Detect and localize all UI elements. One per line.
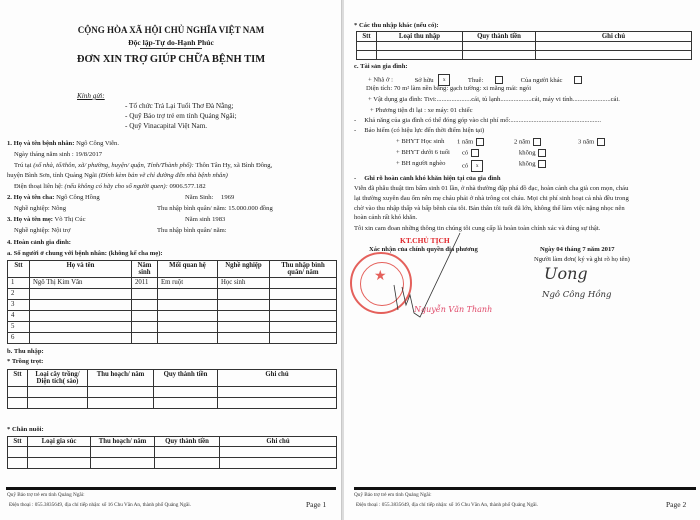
table-cell <box>8 447 28 458</box>
checkbox[interactable] <box>476 138 484 146</box>
table-cell <box>220 458 337 469</box>
table-cell: 2011 <box>132 278 158 289</box>
table-cell <box>218 387 337 398</box>
father-job: Nông <box>51 205 66 212</box>
mother-name-row: 3. Họ và tên mẹ: Võ Thị Cúc <box>7 216 86 223</box>
column-header: Quy thành tiền <box>155 437 220 447</box>
patient-name: Ngô Công Viễn. <box>76 140 119 147</box>
sign-date: Ngày 04 tháng 7 năm 2017 <box>540 246 615 253</box>
assets-label: c. Tài sản gia đình: <box>354 63 408 70</box>
table-cell <box>8 398 28 409</box>
house-area-row: Diện tích: 70 m² làm nền bằng: gạch tườn… <box>366 85 531 92</box>
livestock-table: SttLoại gia súcThu hoạch/ nămQuy thành t… <box>7 436 337 469</box>
table-cell <box>91 447 155 458</box>
situation-line-1: Viễn đã phẫu thuật tim bẩm sinh 01 lần, … <box>354 185 628 192</box>
insurance-type-label: + BH người nghèo <box>396 160 445 167</box>
checkbox[interactable] <box>597 138 605 146</box>
footer-org: Quỹ Bảo trợ trẻ em tỉnh Quảng Ngãi: <box>354 492 432 498</box>
father-income: 15.000.000 đồng <box>228 205 273 212</box>
column-header: Stt <box>8 261 30 278</box>
column-header: Ghi chú <box>536 32 692 42</box>
table-cell <box>357 51 377 60</box>
mother-job: Nội trợ <box>51 227 70 234</box>
table-cell <box>270 333 337 344</box>
footer-contact: Điện thoại : 055.3835649, địa chỉ tiếp n… <box>9 502 191 508</box>
table-cell <box>218 300 270 311</box>
mother-job-row: Nghề nghiệp: Nội trợ <box>14 227 70 234</box>
table-row: 4 <box>8 311 337 322</box>
table-row: 1Ngô Thị Kim Vân2011Em ruộtHọc sinh <box>8 278 337 289</box>
situation-line-4: hoàn cảnh rất khó khăn. <box>354 214 417 221</box>
column-header: Stt <box>8 437 28 447</box>
table-row <box>8 447 337 458</box>
table-cell <box>132 311 158 322</box>
form-title: ĐƠN XIN TRỢ GIÚP CHỮA BỆNH TIM <box>0 54 342 65</box>
column-header: Ghi chú <box>218 370 337 387</box>
table-row: 5 <box>8 322 337 333</box>
table-cell <box>158 322 218 333</box>
column-header: Năm sinh <box>132 261 158 278</box>
recipient-2: - Quỹ Bảo trợ trẻ em tỉnh Quảng Ngãi; <box>125 112 237 120</box>
document-page-1: CỘNG HÒA XÃ HỘI CHỦ NGHĨA VIỆT NAM Độc l… <box>0 0 342 520</box>
mother-income-row: Thu nhập bình quân/ năm: <box>157 227 227 234</box>
page-number: Page 2 <box>666 500 686 509</box>
insurance-option[interactable]: không <box>519 149 546 157</box>
situation-label-row: -Ghi rõ hoàn cảnh khó khăn hiện tại của … <box>354 175 501 182</box>
others-house-checkbox[interactable] <box>574 76 582 84</box>
income-sub-b-label: b. Thu nhập: <box>7 348 44 355</box>
table-cell: 6 <box>8 333 30 344</box>
other-income-table: SttLoại thu nhậpQuy thành tiềnGhi chú <box>356 31 692 60</box>
checkbox[interactable] <box>538 160 546 168</box>
insurance-option[interactable]: không <box>519 160 546 168</box>
table-cell <box>158 333 218 344</box>
column-header: Quy thành tiền <box>463 32 536 42</box>
table-row: 2 <box>8 289 337 300</box>
table-cell: 5 <box>8 322 30 333</box>
table-cell <box>28 447 91 458</box>
table-cell <box>8 458 28 469</box>
motto: Độc lập-Tự do-Hạnh Phúc <box>0 38 342 47</box>
father-income-row: Thu nhập bình quân/ năm: 15.000.000 đồng <box>157 205 273 212</box>
insurance-option[interactable]: cóx <box>462 160 483 172</box>
patient-address-row: Trú tại (số nhà, tổ/thôn, xã/ phường, hu… <box>14 162 272 169</box>
applicant-name: Ngô Công Hồng <box>542 290 611 300</box>
patient-address: Thôn Tân Hy, xã Bình Đông, <box>195 162 272 169</box>
table-cell <box>158 300 218 311</box>
table-cell <box>270 322 337 333</box>
column-header: Loại gia súc <box>28 437 91 447</box>
table-cell <box>155 458 220 469</box>
checkbox[interactable] <box>538 149 546 157</box>
patient-address-row-2: huyện Bình Sơn, tỉnh Quảng Ngãi (Đính kè… <box>7 172 228 179</box>
table-cell <box>270 289 337 300</box>
table-cell <box>8 387 28 398</box>
table-cell <box>270 278 337 289</box>
footer-rule <box>6 487 336 490</box>
table-row <box>357 42 692 51</box>
insurance-option[interactable]: 1 năm <box>457 138 484 146</box>
table-row <box>8 398 337 409</box>
table-row: 6 <box>8 333 337 344</box>
table-cell <box>28 398 88 409</box>
column-header: Nghề nghiệp <box>218 261 270 278</box>
column-header: Stt <box>8 370 28 387</box>
table-cell <box>158 289 218 300</box>
patient-name-row: 1. Họ và tên bệnh nhân: Ngô Công Viễn. <box>7 140 119 147</box>
mother-birth-year: 1983 <box>212 216 225 223</box>
applicant-signature: Uong <box>544 264 588 283</box>
insurance-type-label: + BHYT Học sinh <box>396 138 444 145</box>
table-cell <box>536 51 692 60</box>
table-cell <box>158 311 218 322</box>
footer-rule <box>354 487 696 490</box>
table-cell: 2 <box>8 289 30 300</box>
table-cell <box>88 398 154 409</box>
mother-name: Võ Thị Cúc <box>55 216 86 223</box>
table-cell: Học sinh <box>218 278 270 289</box>
father-name-row: 2. Họ và tên cha: Ngô Công Hồng <box>7 194 100 201</box>
column-header: Thu hoạch/ năm <box>91 437 155 447</box>
table-cell <box>30 289 132 300</box>
table-cell <box>132 300 158 311</box>
table-row <box>357 51 692 60</box>
family-sub-a-label: a. Số người ở chung với bệnh nhân: (khôn… <box>7 250 163 257</box>
table-cell <box>28 458 91 469</box>
table-cell <box>28 387 88 398</box>
table-cell <box>463 42 536 51</box>
table-cell <box>88 387 154 398</box>
patient-dob-row: Ngày tháng năm sinh : 19/8/2017 <box>14 151 102 158</box>
patient-phone-row: Điện thoại liên hệ: (nếu không có hãy ch… <box>14 183 206 190</box>
table-cell: Em ruột <box>158 278 218 289</box>
local-signature-scribble <box>384 225 474 320</box>
column-header: Thu hoạch/ năm <box>88 370 154 387</box>
table-cell <box>218 333 270 344</box>
table-cell <box>30 311 132 322</box>
father-birth-year: 1969 <box>221 194 234 201</box>
father-job-row: Nghề nghiệp: Nông <box>14 205 66 212</box>
insurance-option[interactable]: có <box>462 149 479 157</box>
table-cell: 4 <box>8 311 30 322</box>
table-cell <box>155 447 220 458</box>
table-cell <box>30 333 132 344</box>
table-cell <box>218 322 270 333</box>
footer-contact: Điện thoại : 055.3835649, địa chỉ tiếp n… <box>356 502 538 508</box>
table-cell <box>270 311 337 322</box>
crops-label: * Trồng trọt: <box>7 358 43 365</box>
column-header: Loại thu nhập <box>377 32 463 42</box>
table-cell <box>132 322 158 333</box>
transport-row: + Phương tiện đi lại : xe máy: 01 chiếc <box>370 107 473 114</box>
patient-dob: 19/8/2017 <box>75 151 102 158</box>
insurance-type-label: + BHYT dưới 6 tuổi <box>396 149 450 156</box>
recipients-label: Kính gửi: <box>77 92 105 100</box>
column-header: Quy thành tiền <box>154 370 218 387</box>
column-header: Thu nhập bình quân/ năm <box>270 261 337 278</box>
recipient-1: - Tổ chức Trả Lại Tuổi Thơ Đà Nẵng; <box>125 102 233 110</box>
column-header: Họ và tên <box>30 261 132 278</box>
table-cell <box>154 398 218 409</box>
table-row <box>8 458 337 469</box>
table-cell <box>377 51 463 60</box>
recipient-3: - Quỹ Vinacapital Việt Nam. <box>125 122 207 130</box>
checkbox[interactable] <box>471 149 479 157</box>
father-name: Ngô Công Hồng <box>56 194 100 201</box>
other-income-label: * Các thu nhập khác (nếu có): <box>354 22 439 29</box>
crops-table: SttLoại cây trồng/ Diện tích( sào)Thu ho… <box>7 369 337 409</box>
column-header: Ghi chú <box>220 437 337 447</box>
applicant-label: Người làm đơn( ký và ghi rõ họ tên) <box>534 256 630 263</box>
column-header: Stt <box>357 32 377 42</box>
patient-phone: 0906.577.182 <box>169 183 205 190</box>
table-cell: Ngô Thị Kim Vân <box>30 278 132 289</box>
insurance-option[interactable]: 2 năm <box>514 138 541 146</box>
insurance-label-row: -Bảo hiểm (có hiệu lực đến thời điểm hiệ… <box>354 127 484 134</box>
column-header: Mối quan hệ <box>158 261 218 278</box>
father-birth-row: Năm Sinh: 1969 <box>185 194 234 201</box>
table-cell <box>91 458 155 469</box>
table-row: 3 <box>8 300 337 311</box>
column-header: Loại cây trồng/ Diện tích( sào) <box>28 370 88 387</box>
rent-checkbox[interactable] <box>495 76 503 84</box>
page-number: Page 1 <box>306 500 326 509</box>
table-cell <box>30 322 132 333</box>
table-cell <box>377 42 463 51</box>
family-section-label: 4. Hoàn cảnh gia đình: <box>7 239 71 246</box>
checkbox[interactable]: x <box>471 160 483 172</box>
checkbox[interactable] <box>533 138 541 146</box>
household-members-table: SttHọ và tênNăm sinhMối quan hệNghề nghi… <box>7 260 337 344</box>
mother-birth-row: Năm sinh 1983 <box>185 216 225 223</box>
household-items-row: + Vật dụng gia đình: Tivi:..............… <box>368 96 620 103</box>
table-cell <box>463 51 536 60</box>
insurance-option[interactable]: 3 năm <box>578 138 605 146</box>
table-cell: 3 <box>8 300 30 311</box>
situation-line-3: chờ vào thu nhập thấp và bấp bênh của tô… <box>354 205 625 212</box>
table-cell <box>218 289 270 300</box>
table-cell <box>218 398 337 409</box>
situation-line-2: lại thường xuyên đau ốm nên mẹ cháu phải… <box>354 195 629 202</box>
table-cell <box>536 42 692 51</box>
table-cell <box>357 42 377 51</box>
country-header: CỘNG HÒA XÃ HỘI CHỦ NGHĨA VIỆT NAM <box>0 25 342 35</box>
footer-org: Quỹ Bảo trợ trẻ em tỉnh Quảng Ngãi: <box>7 492 85 498</box>
motto-underline <box>140 48 202 49</box>
table-cell <box>270 300 337 311</box>
table-cell <box>154 387 218 398</box>
document-page-2: * Các thu nhập khác (nếu có): SttLoại th… <box>344 0 700 520</box>
table-cell: 1 <box>8 278 30 289</box>
table-cell <box>30 300 132 311</box>
table-cell <box>220 447 337 458</box>
livestock-label: * Chăn nuôi: <box>7 426 44 433</box>
contribution-row: -Khả năng của gia đình có thể đóng góp v… <box>354 117 601 124</box>
table-cell <box>218 311 270 322</box>
table-cell <box>132 289 158 300</box>
table-cell <box>132 333 158 344</box>
table-row <box>8 387 337 398</box>
